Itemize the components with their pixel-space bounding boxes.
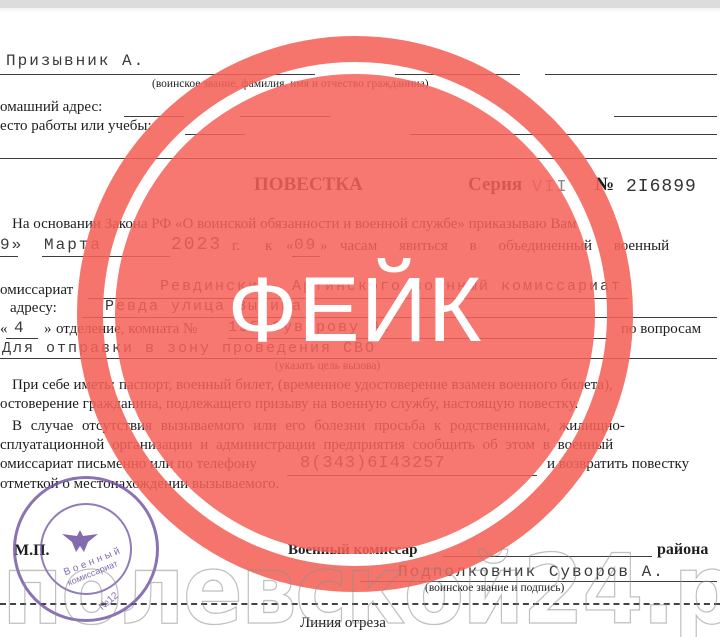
date-month: Марта [44, 236, 102, 254]
signer-value: Подполковник Суворов А. [398, 563, 665, 581]
district-label: района [657, 541, 708, 559]
home-address-label: омашний адрес: [0, 99, 102, 116]
recipient-value: Призывник А. [6, 52, 145, 70]
address-label: адресу: [10, 300, 57, 317]
questions-text: по вопросам [621, 321, 701, 338]
fake-stamp-text: ФЕЙК [115, 74, 595, 554]
commissariat-label: омиссариат [0, 282, 73, 299]
dept-value: 4 [14, 319, 26, 337]
number-label: № [595, 174, 614, 196]
signer-caption: (воинское звание и подпись) [425, 582, 564, 594]
number-value: 2I6899 [626, 177, 697, 197]
date-day: 9» [0, 236, 23, 254]
cut-line-label: Линия отреза [300, 615, 386, 632]
eagle-emblem-icon [60, 528, 100, 554]
